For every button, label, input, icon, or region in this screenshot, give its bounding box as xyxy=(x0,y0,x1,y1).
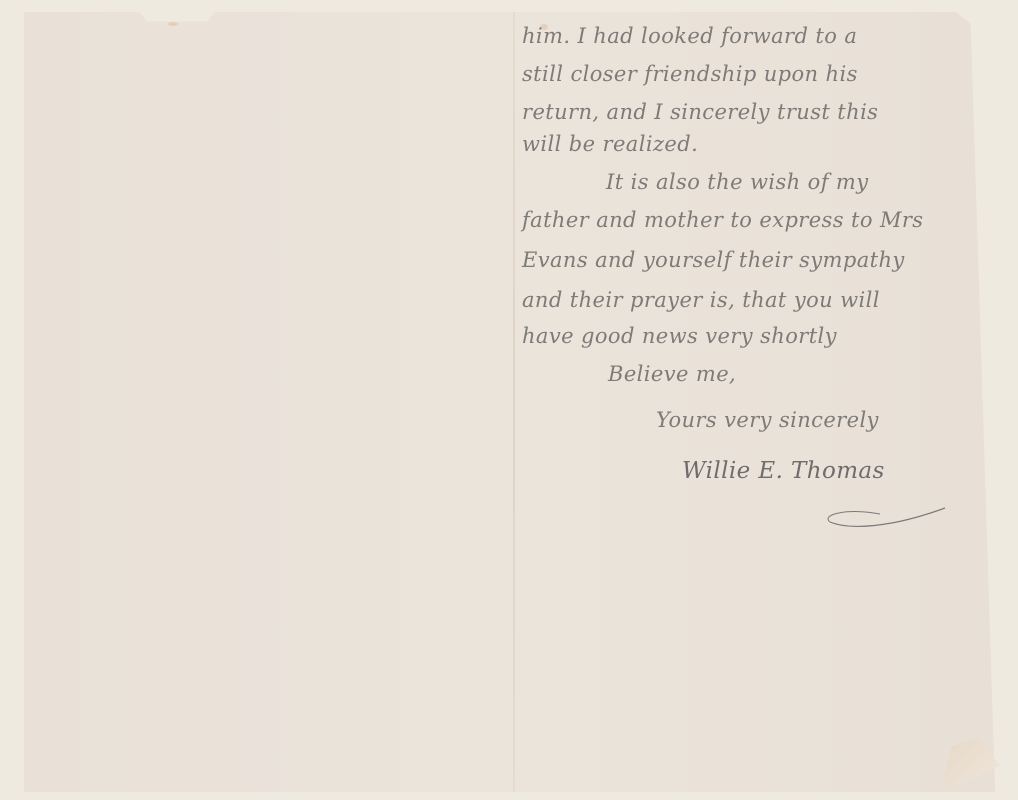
letter-line: still closer friendship upon his xyxy=(522,62,858,86)
signature-flourish xyxy=(820,500,950,530)
left-page-blank xyxy=(24,12,513,792)
letter-line: Evans and yourself their sympathy xyxy=(522,248,905,272)
letter-line: him. I had looked forward to a xyxy=(522,24,857,48)
letter-line: will be realized. xyxy=(522,132,698,156)
letter-valediction: Yours very sincerely xyxy=(656,408,879,432)
signature: Willie E. Thomas xyxy=(682,458,885,484)
letter-closing: Believe me, xyxy=(608,362,736,386)
letter-line: have good news very shortly xyxy=(522,324,837,348)
letter-line: and their prayer is, that you will xyxy=(522,288,880,312)
letter-line: return, and I sincerely trust this xyxy=(522,100,878,124)
page-fold-crease xyxy=(513,12,515,792)
letter-line: father and mother to express to Mrs xyxy=(522,208,923,232)
letter-line: It is also the wish of my xyxy=(606,170,869,194)
